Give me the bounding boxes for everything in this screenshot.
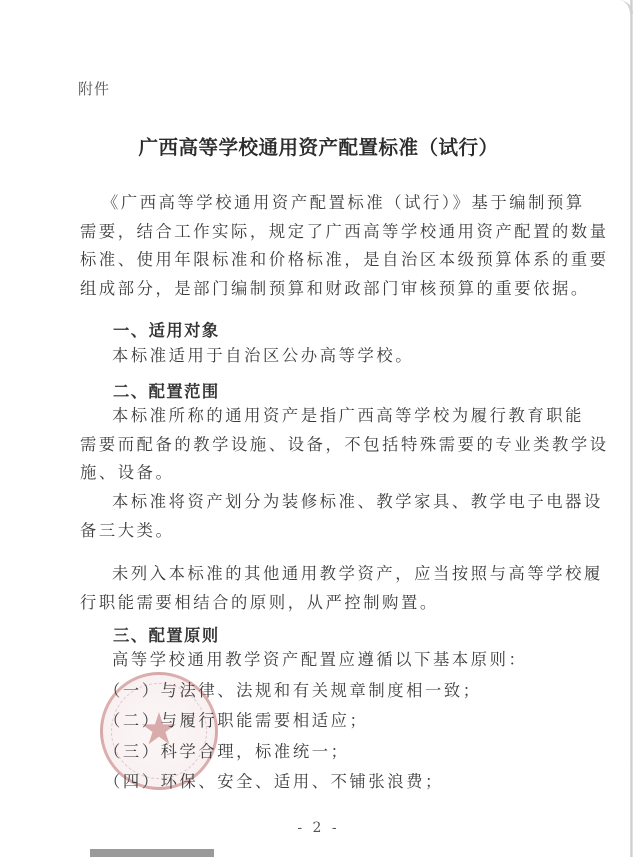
text-line: 标准、使用年限标准和价格标准，是自治区本级预算体系的重要 (80, 246, 560, 275)
text-line: （一）与法律、法规和有关规章制度相一致； (80, 677, 560, 706)
intro-paragraph: 《广西高等学校通用资产配置标准（试行）》基于编制预算 需要，结合工作实际，规定了… (80, 189, 560, 303)
principle-item: （二）与履行职能需要相适应； (80, 707, 560, 736)
text-line: 本标准将资产划分为装修标准、教学家具、教学电子电器设 (80, 488, 560, 517)
text-line: 本标准所称的通用资产是指广西高等学校为履行教育职能 (80, 402, 560, 431)
section-paragraph: 本标准将资产划分为装修标准、教学家具、教学电子电器设 备三大类。 (80, 488, 560, 545)
page-edge (630, 0, 633, 857)
text-line: 本标准适用于自治区公办高等学校。 (80, 342, 560, 371)
principle-item: （一）与法律、法规和有关规章制度相一致； (80, 677, 560, 706)
section-heading-range: 二、配置范围 (113, 378, 220, 402)
attachment-label: 附件 (78, 78, 110, 99)
document-title: 广西高等学校通用资产配置标准（试行） (0, 132, 637, 160)
page-number: - 2 - (0, 820, 637, 836)
section-heading-scope: 一、适用对象 (113, 317, 220, 341)
text-line: 高等学校通用教学资产配置应遵循以下基本原则： (80, 646, 560, 675)
text-line: 备三大类。 (80, 517, 560, 546)
text-line: 施、设备。 (80, 459, 560, 488)
section-paragraph: 高等学校通用教学资产配置应遵循以下基本原则： (80, 646, 560, 675)
text-line: 《广西高等学校通用资产配置标准（试行）》基于编制预算 (80, 189, 560, 218)
text-line: （四）环保、安全、适用、不铺张浪费； (80, 768, 560, 797)
scan-artifact-bar (90, 849, 214, 857)
section-paragraph: 未列入本标准的其他通用教学资产，应当按照与高等学校履 行职能需要相结合的原则，从… (80, 560, 560, 617)
text-line: 未列入本标准的其他通用教学资产，应当按照与高等学校履 (80, 560, 560, 589)
principle-item: （四）环保、安全、适用、不铺张浪费； (80, 768, 560, 797)
text-line: 需要，结合工作实际，规定了广西高等学校通用资产配置的数量 (80, 218, 560, 247)
text-line: 行职能需要相结合的原则，从严控制购置。 (80, 589, 560, 618)
text-line: （三）科学合理，标准统一； (80, 738, 560, 767)
section-paragraph: 本标准适用于自治区公办高等学校。 (80, 342, 560, 371)
text-line: 需要而配备的教学设施、设备，不包括特殊需要的专业类教学设 (80, 431, 560, 460)
section-paragraph: 本标准所称的通用资产是指广西高等学校为履行教育职能 需要而配备的教学设施、设备，… (80, 402, 560, 488)
text-line: 组成部分，是部门编制预算和财政部门审核预算的重要依据。 (80, 275, 560, 304)
principle-item: （三）科学合理，标准统一； (80, 738, 560, 767)
section-heading-principles: 三、配置原则 (113, 622, 220, 646)
text-line: （二）与履行职能需要相适应； (80, 707, 560, 736)
